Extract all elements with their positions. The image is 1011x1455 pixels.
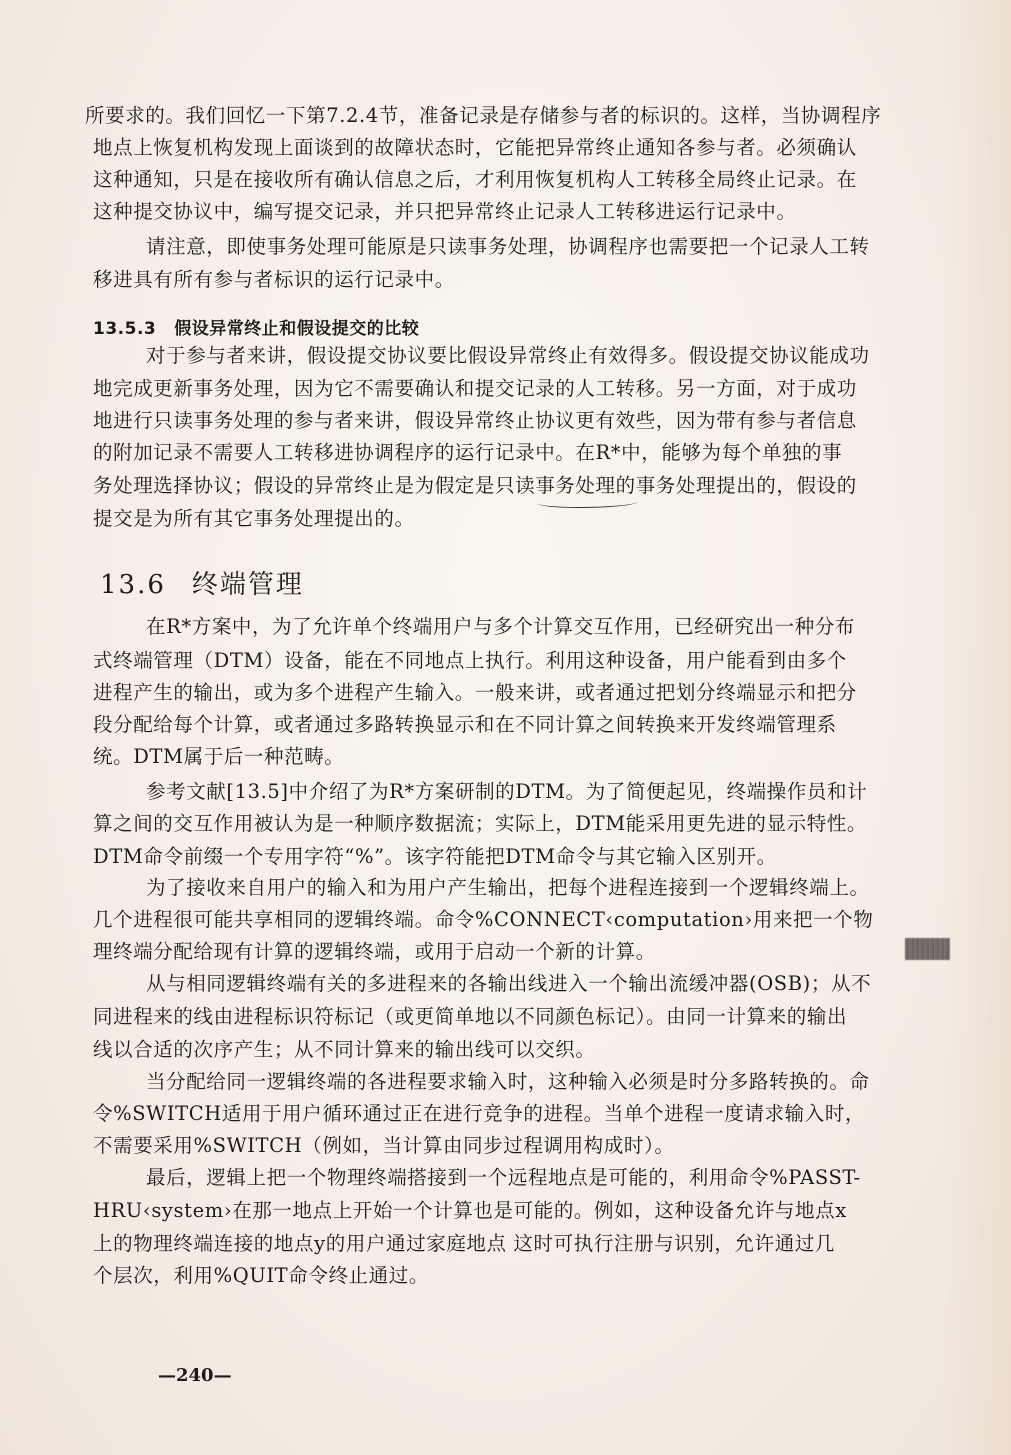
section-title: 终端管理	[192, 570, 304, 600]
section-number: 13.6	[100, 570, 166, 600]
text-line: 算之间的交互作用被认为是一种顺序数据流；实际上，DTM能采用更先进的显示特性。	[93, 812, 953, 836]
text-line: 请注意，即使事务处理可能原是只读事务处理，协调程序也需要把一个记录人工转	[146, 235, 953, 259]
text-line: 个层次，利用%QUIT命令终止通过。	[93, 1264, 953, 1288]
text-line: 线以合适的次序产生；从不同计算来的输出线可以交织。	[93, 1038, 953, 1062]
text-line: 段分配给每个计算，或者通过多路转换显示和在不同计算之间转换来开发终端管理系	[93, 713, 953, 737]
text-line: 地进行只读事务处理的参与者来讲，假设异常终止协议更有效些，因为带有参与者信息	[93, 409, 953, 433]
text-line: 在R*方案中，为了允许单个终端用户与多个计算交互作用，已经研究出一种分布	[146, 615, 953, 639]
subsection-heading: 13.5.3假设异常终止和假设提交的比较	[93, 314, 419, 339]
text-line: 地完成更新事务处理，因为它不需要确认和提交记录的人工转移。另一方面，对于成功	[93, 377, 953, 401]
text-line: 为了接收来自用户的输入和为用户产生输出，把每个进程连接到一个逻辑终端上。	[146, 876, 953, 900]
text-line: 所要求的。我们回忆一下第7.2.4节，准备记录是存储参与者的标识的。这样，当协调…	[85, 104, 945, 128]
text-line: 式终端管理（DTM）设备，能在不同地点上执行。利用这种设备，用户能看到由多个	[93, 649, 953, 673]
text-line: 移进具有所有参与者标识的运行记录中。	[93, 268, 953, 292]
text-line: 进程产生的输出，或为多个进程产生输入。一般来讲，或者通过把划分终端显示和把分	[93, 681, 953, 705]
text-line: 统。DTM属于后一种范畴。	[93, 745, 953, 769]
text-line: 几个进程很可能共享相同的逻辑终端。命令%CONNECT‹computation›…	[93, 908, 953, 932]
text-line: 理终端分配给现有计算的逻辑终端，或用于启动一个新的计算。	[93, 940, 953, 964]
text-line: 参考文献[13.5]中介绍了为R*方案研制的DTM。为了简便起见，终端操作员和计	[146, 780, 953, 804]
text-line: 务处理选择协议；假设的异常终止是为假定是只读事务处理的事务处理提出的，假设的	[93, 474, 953, 498]
text-line: 这种提交协议中，编写提交记录，并只把异常终止记录人工转移进运行记录中。	[93, 200, 953, 224]
text-line: 从与相同逻辑终端有关的多进程来的各输出线进入一个输出流缓冲器(OSB)；从不	[146, 972, 953, 996]
text-line: 的附加记录不需要人工转移进协调程序的运行记录中。在R*中，能够为每个单独的事	[93, 441, 953, 465]
text-line: 上的物理终端连接的地点y的用户通过家庭地点 这时可执行注册与识别，允许通过几	[93, 1232, 953, 1256]
text-line: DTM命令前缀一个专用字符“%”。该字符能把DTM命令与其它输入区别开。	[93, 845, 953, 869]
text-line: 同进程来的线由进程标识符标记（或更简单地以不同颜色标记）。由同一计算来的输出	[93, 1005, 953, 1029]
text-line: 当分配给同一逻辑终端的各进程要求输入时，这种输入必须是时分多路转换的。命	[146, 1070, 953, 1094]
text-line: 提交是为所有其它事务处理提出的。	[93, 507, 953, 531]
subsection-title: 假设异常终止和假设提交的比较	[174, 319, 419, 339]
text-line: 最后，逻辑上把一个物理终端搭接到一个远程地点是可能的，利用命令%PASST-	[146, 1166, 953, 1190]
text-line: 对于参与者来讲，假设提交协议要比假设异常终止有效得多。假设提交协议能成功	[146, 344, 953, 368]
text-line: 地点上恢复机构发现上面谈到的故障状态时，它能把异常终止通知各参与者。必须确认	[93, 136, 953, 160]
text-line: HRU‹system›在那一地点上开始一个计算也是可能的。例如，这种设备允许与地…	[93, 1199, 953, 1223]
text-line: 这种通知，只是在接收所有确认信息之后，才利用恢复机构人工转移全局终止记录。在	[93, 168, 953, 192]
page-number: —240—	[158, 1365, 232, 1386]
text-line: 令%SWITCH适用于用户循环通过正在进行竞争的进程。当单个进程一度请求输入时，	[93, 1102, 953, 1126]
subsection-number: 13.5.3	[93, 319, 156, 339]
scanned-page: 所要求的。我们回忆一下第7.2.4节，准备记录是存储参与者的标识的。这样，当协调…	[0, 0, 1011, 1455]
text-line: 不需要采用%SWITCH（例如，当计算由同步过程调用构成时）。	[93, 1134, 953, 1158]
section-heading: 13.6终端管理	[100, 564, 304, 601]
ink-smudge	[905, 938, 950, 960]
